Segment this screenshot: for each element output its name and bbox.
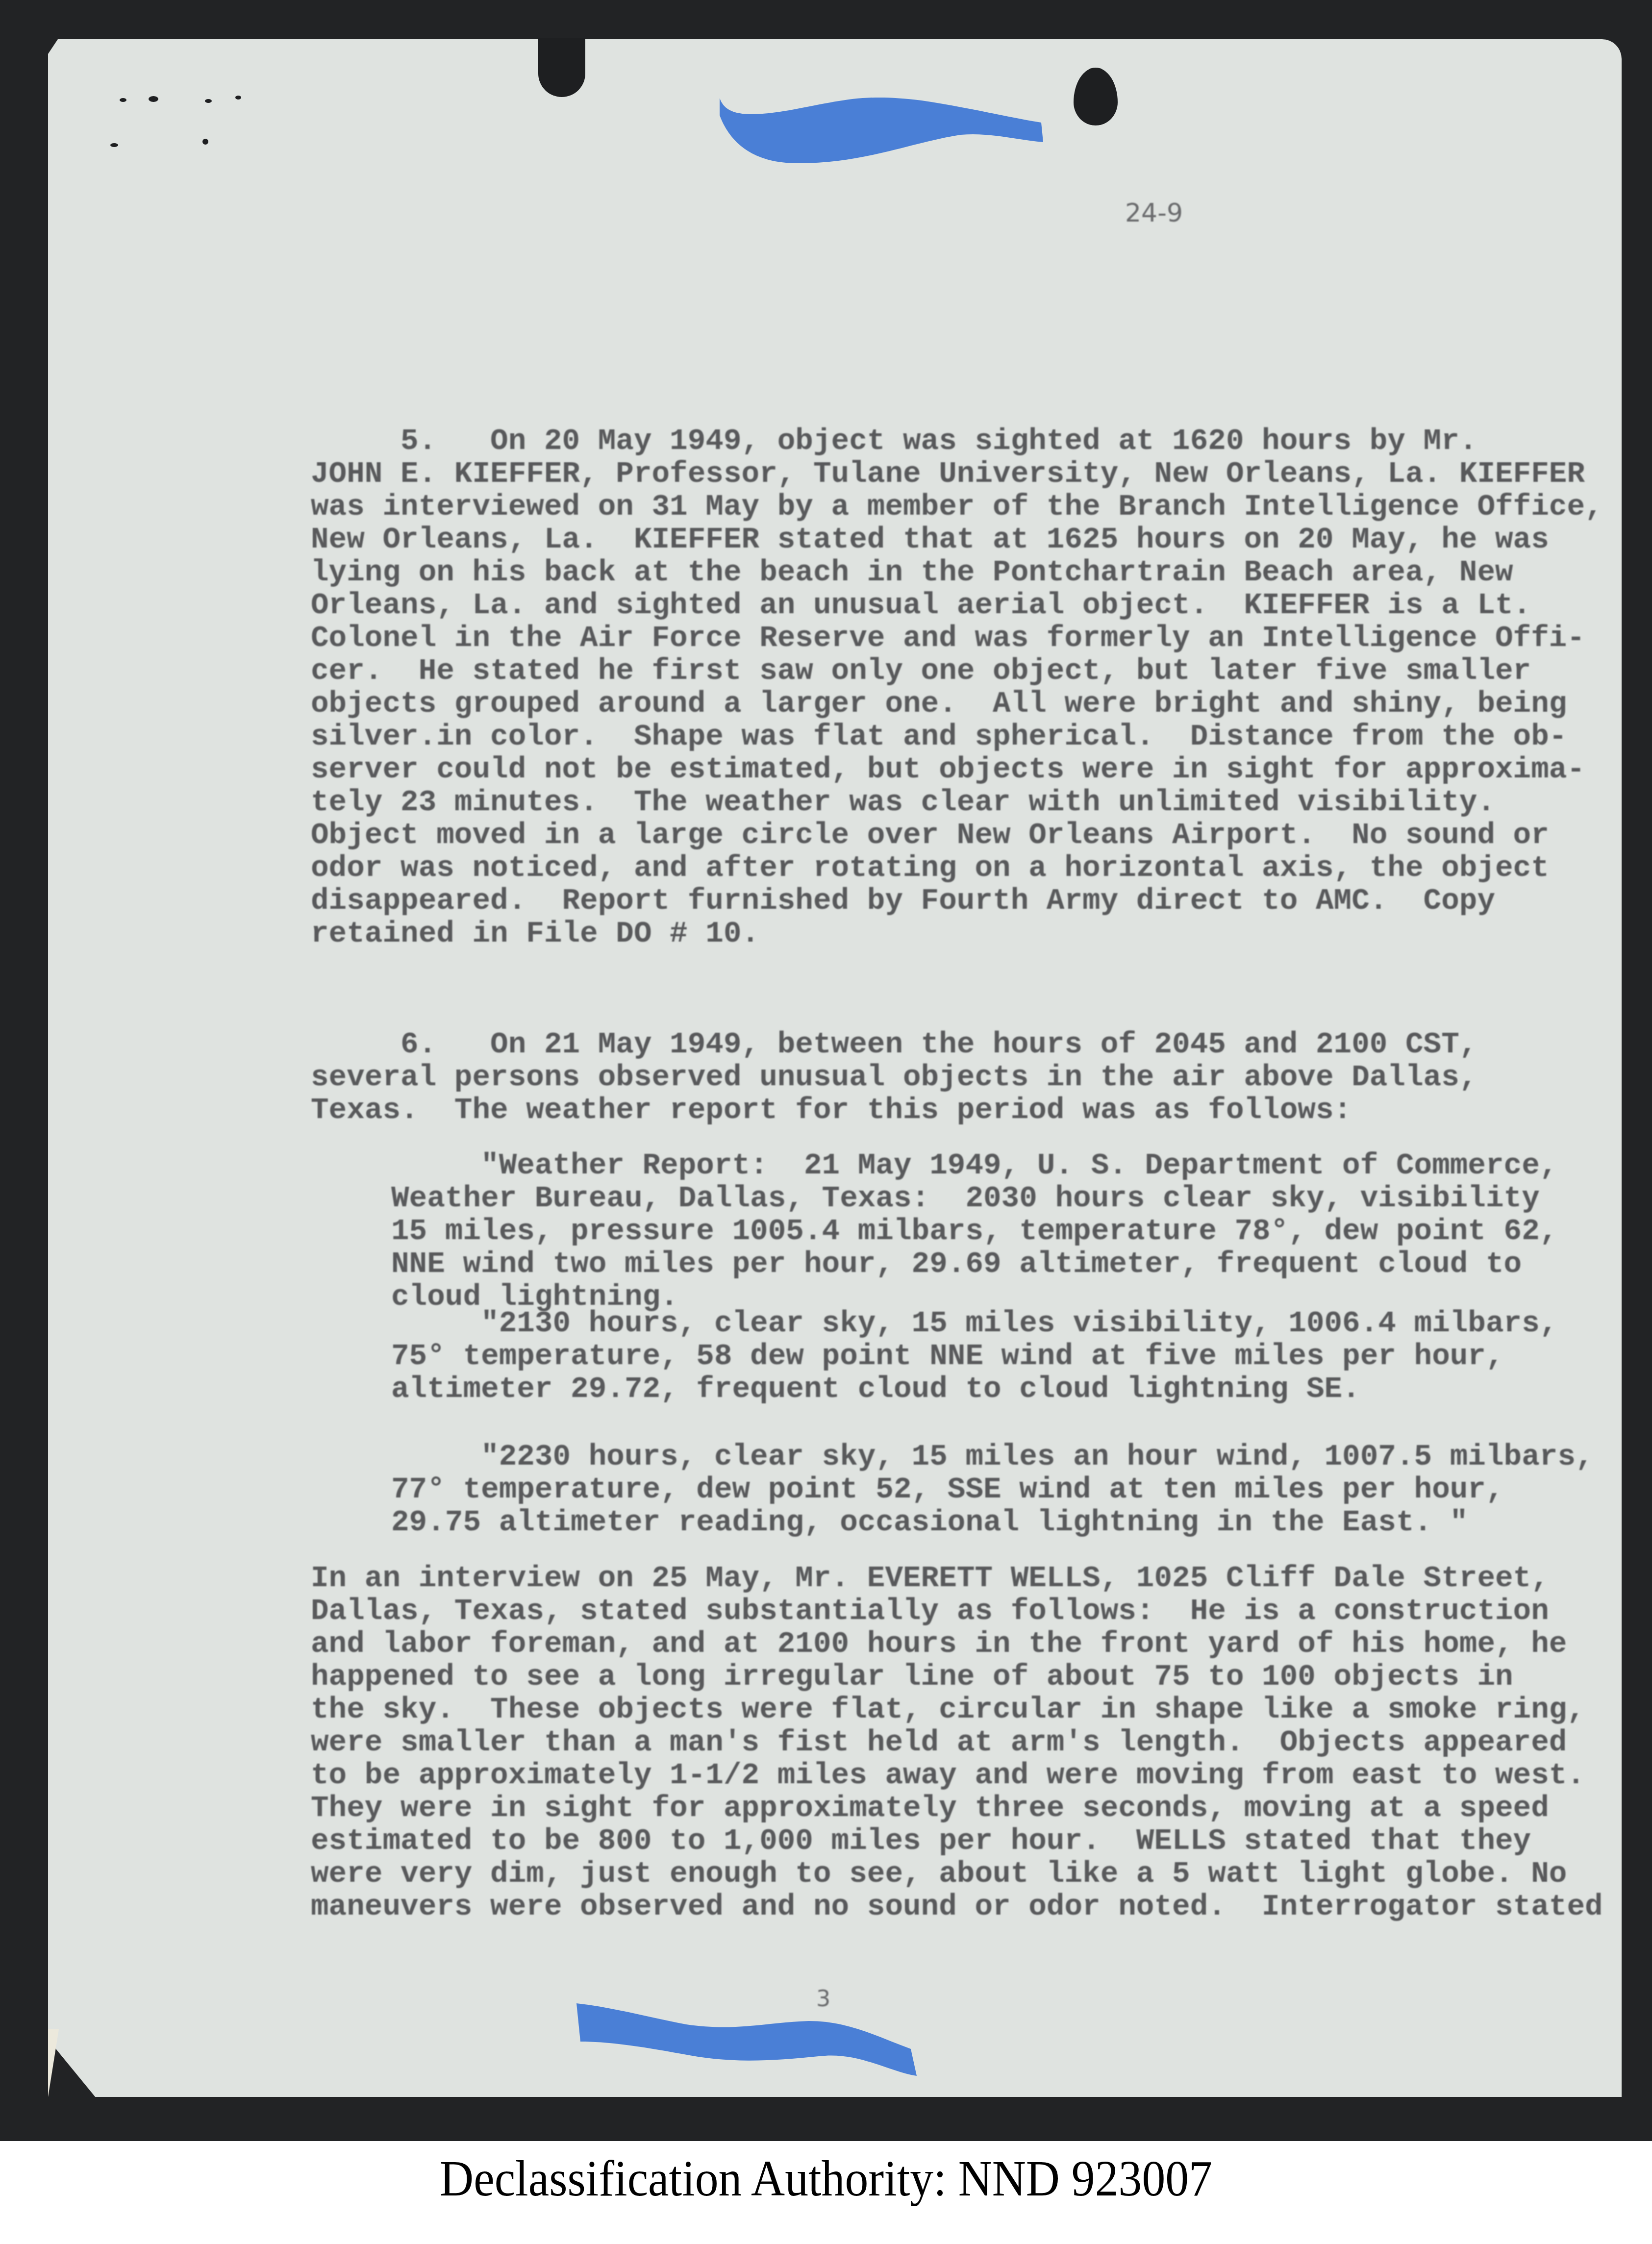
pin-hole [205,99,212,103]
text-line: and labor foreman, and at 2100 hours in … [311,1629,1567,1659]
text-line: lying on his back at the beach in the Po… [311,558,1513,588]
text-line: tely 23 minutes. The weather was clear w… [311,788,1495,818]
text-line: the sky. These objects were flat, circul… [311,1695,1585,1725]
text-line: Weather Bureau, Dallas, Texas: 2030 hour… [391,1184,1540,1214]
text-line: several persons observed unusual objects… [311,1063,1477,1093]
text-line: 6. On 21 May 1949, between the hours of … [311,1030,1477,1060]
text-line: Texas. The weather report for this perio… [311,1096,1352,1125]
text-line: silver.in color. Shape was flat and sphe… [311,722,1567,752]
text-line: 75° temperature, 58 dew point NNE wind a… [391,1342,1504,1371]
pin-hole [202,139,208,145]
page-reference: 24-9 [1125,199,1183,228]
text-line: In an interview on 25 May, Mr. EVERETT W… [311,1564,1549,1594]
blue-marker-top [716,96,1049,167]
text-line: happened to see a long irregular line of… [311,1662,1513,1692]
text-line: odor was noticed, and after rotating on … [311,853,1549,883]
text-line: "2230 hours, clear sky, 15 miles an hour… [391,1442,1594,1472]
pin-hole [110,143,118,147]
text-line: "2130 hours, clear sky, 15 miles visibil… [391,1309,1557,1339]
text-line: Colonel in the Air Force Reserve and was… [311,623,1585,653]
text-line: They were in sight for approximately thr… [311,1794,1549,1823]
text-line: JOHN E. KIEFFER, Professor, Tulane Unive… [311,459,1585,489]
text-line: 77° temperature, dew point 52, SSE wind … [391,1475,1504,1505]
text-line: 15 miles, pressure 1005.4 milbars, tempe… [391,1217,1557,1247]
text-line: maneuvers were observed and no sound or … [311,1892,1603,1922]
pin-hole [120,98,126,102]
page-number: 3 [816,1985,830,2012]
pin-hole [235,96,241,100]
text-line: were smaller than a man's fist held at a… [311,1728,1567,1758]
text-line: 5. On 20 May 1949, object was sighted at… [311,426,1477,456]
text-line: Dallas, Texas, stated substantially as f… [311,1596,1549,1626]
text-line: to be approximately 1-1/2 miles away and… [311,1761,1585,1791]
text-line: estimated to be 800 to 1,000 miles per h… [311,1826,1531,1856]
text-line: disappeared. Report furnished by Fourth … [311,886,1495,916]
text-line: server could not be estimated, but objec… [311,755,1585,785]
text-line: New Orleans, La. KIEFFER stated that at … [311,525,1549,555]
text-line: "Weather Report: 21 May 1949, U. S. Depa… [391,1151,1557,1181]
punch-hole-left [538,38,585,97]
text-line: altimeter 29.72, frequent cloud to cloud… [391,1374,1360,1404]
folded-corner [48,2029,59,2097]
blue-marker-bottom [574,2002,922,2081]
text-line: were very dim, just enough to see, about… [311,1859,1567,1889]
text-line: objects grouped around a larger one. All… [311,689,1567,719]
text-line: was interviewed on 31 May by a member of… [311,492,1603,522]
text-line: Orleans, La. and sighted an unusual aeri… [311,591,1531,621]
text-line: cer. He stated he first saw only one obj… [311,656,1531,686]
text-line: NNE wind two miles per hour, 29.69 altim… [391,1249,1522,1279]
text-line: 29.75 altimeter reading, occasional ligh… [391,1508,1468,1538]
pin-hole [149,96,158,102]
text-line: Object moved in a large circle over New … [311,821,1549,850]
text-line: retained in File DO # 10. [311,919,759,949]
declassification-authority: Declassification Authority: NND 923007 [66,2149,1586,2208]
